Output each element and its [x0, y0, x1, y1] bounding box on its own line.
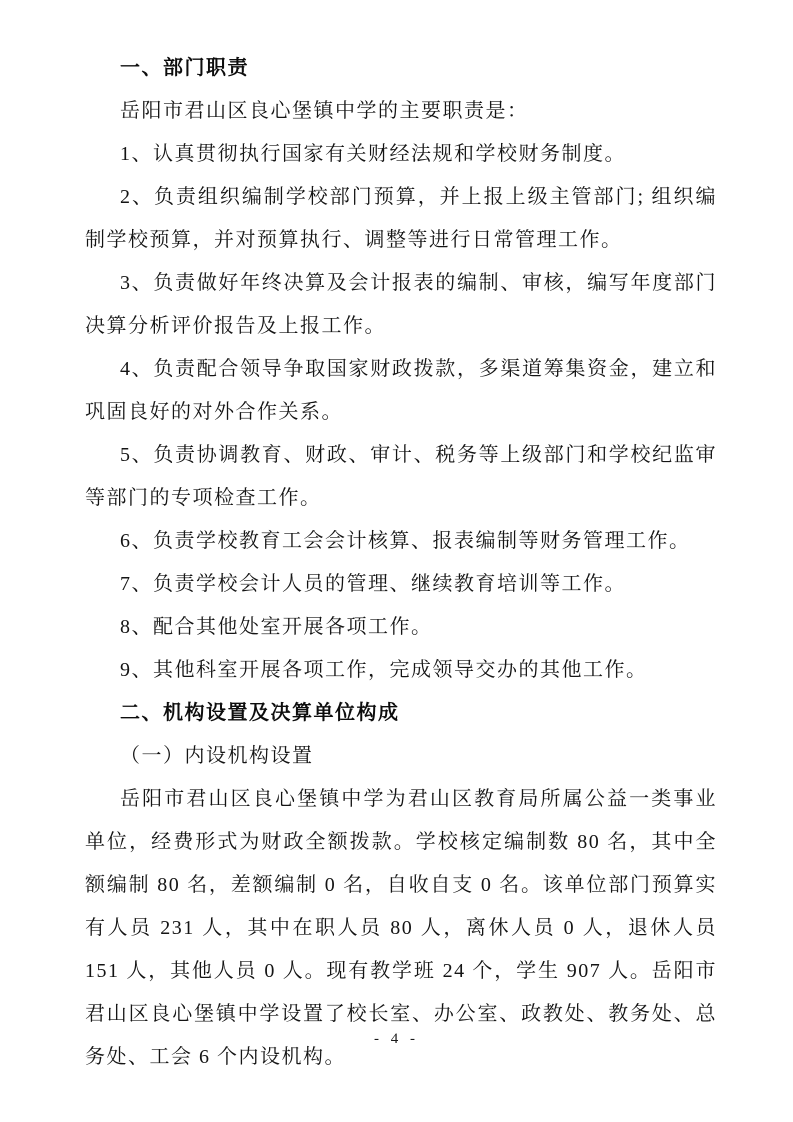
paragraph-duty-4: 4、负责配合领导争取国家财政拨款，多渠道筹集资金，建立和巩固良好的对外合作关系。	[85, 348, 717, 434]
subsection-heading-internal-org: （一）内设机构设置	[85, 735, 717, 778]
section-heading-org-structure: 二、机构设置及决算单位构成	[85, 692, 717, 735]
paragraph-duty-5: 5、负责协调教育、财政、审计、税务等上级部门和学校纪监审等部门的专项检查工作。	[85, 434, 717, 520]
paragraph-duty-2: 2、负责组织编制学校部门预算，并上报上级主管部门; 组织编制学校预算，并对预算执…	[85, 176, 717, 262]
paragraph-duty-6: 6、负责学校教育工会会计核算、报表编制等财务管理工作。	[85, 520, 717, 563]
paragraph-duty-9: 9、其他科室开展各项工作，完成领导交办的其他工作。	[85, 649, 717, 692]
page-number: - 4 -	[0, 1031, 793, 1048]
paragraph-duty-8: 8、配合其他处室开展各项工作。	[85, 606, 717, 649]
section-heading-department-duties: 一、部门职责	[85, 47, 717, 90]
paragraph-duty-1: 1、认真贯彻执行国家有关财经法规和学校财务制度。	[85, 133, 717, 176]
paragraph-duty-3: 3、负责做好年终决算及会计报表的编制、审核，编写年度部门决算分析评价报告及上报工…	[85, 262, 717, 348]
document-page: 一、部门职责 岳阳市君山区良心堡镇中学的主要职责是： 1、认真贯彻执行国家有关财…	[0, 0, 793, 1122]
paragraph-intro: 岳阳市君山区良心堡镇中学的主要职责是：	[85, 90, 717, 133]
paragraph-duty-7: 7、负责学校会计人员的管理、继续教育培训等工作。	[85, 563, 717, 606]
